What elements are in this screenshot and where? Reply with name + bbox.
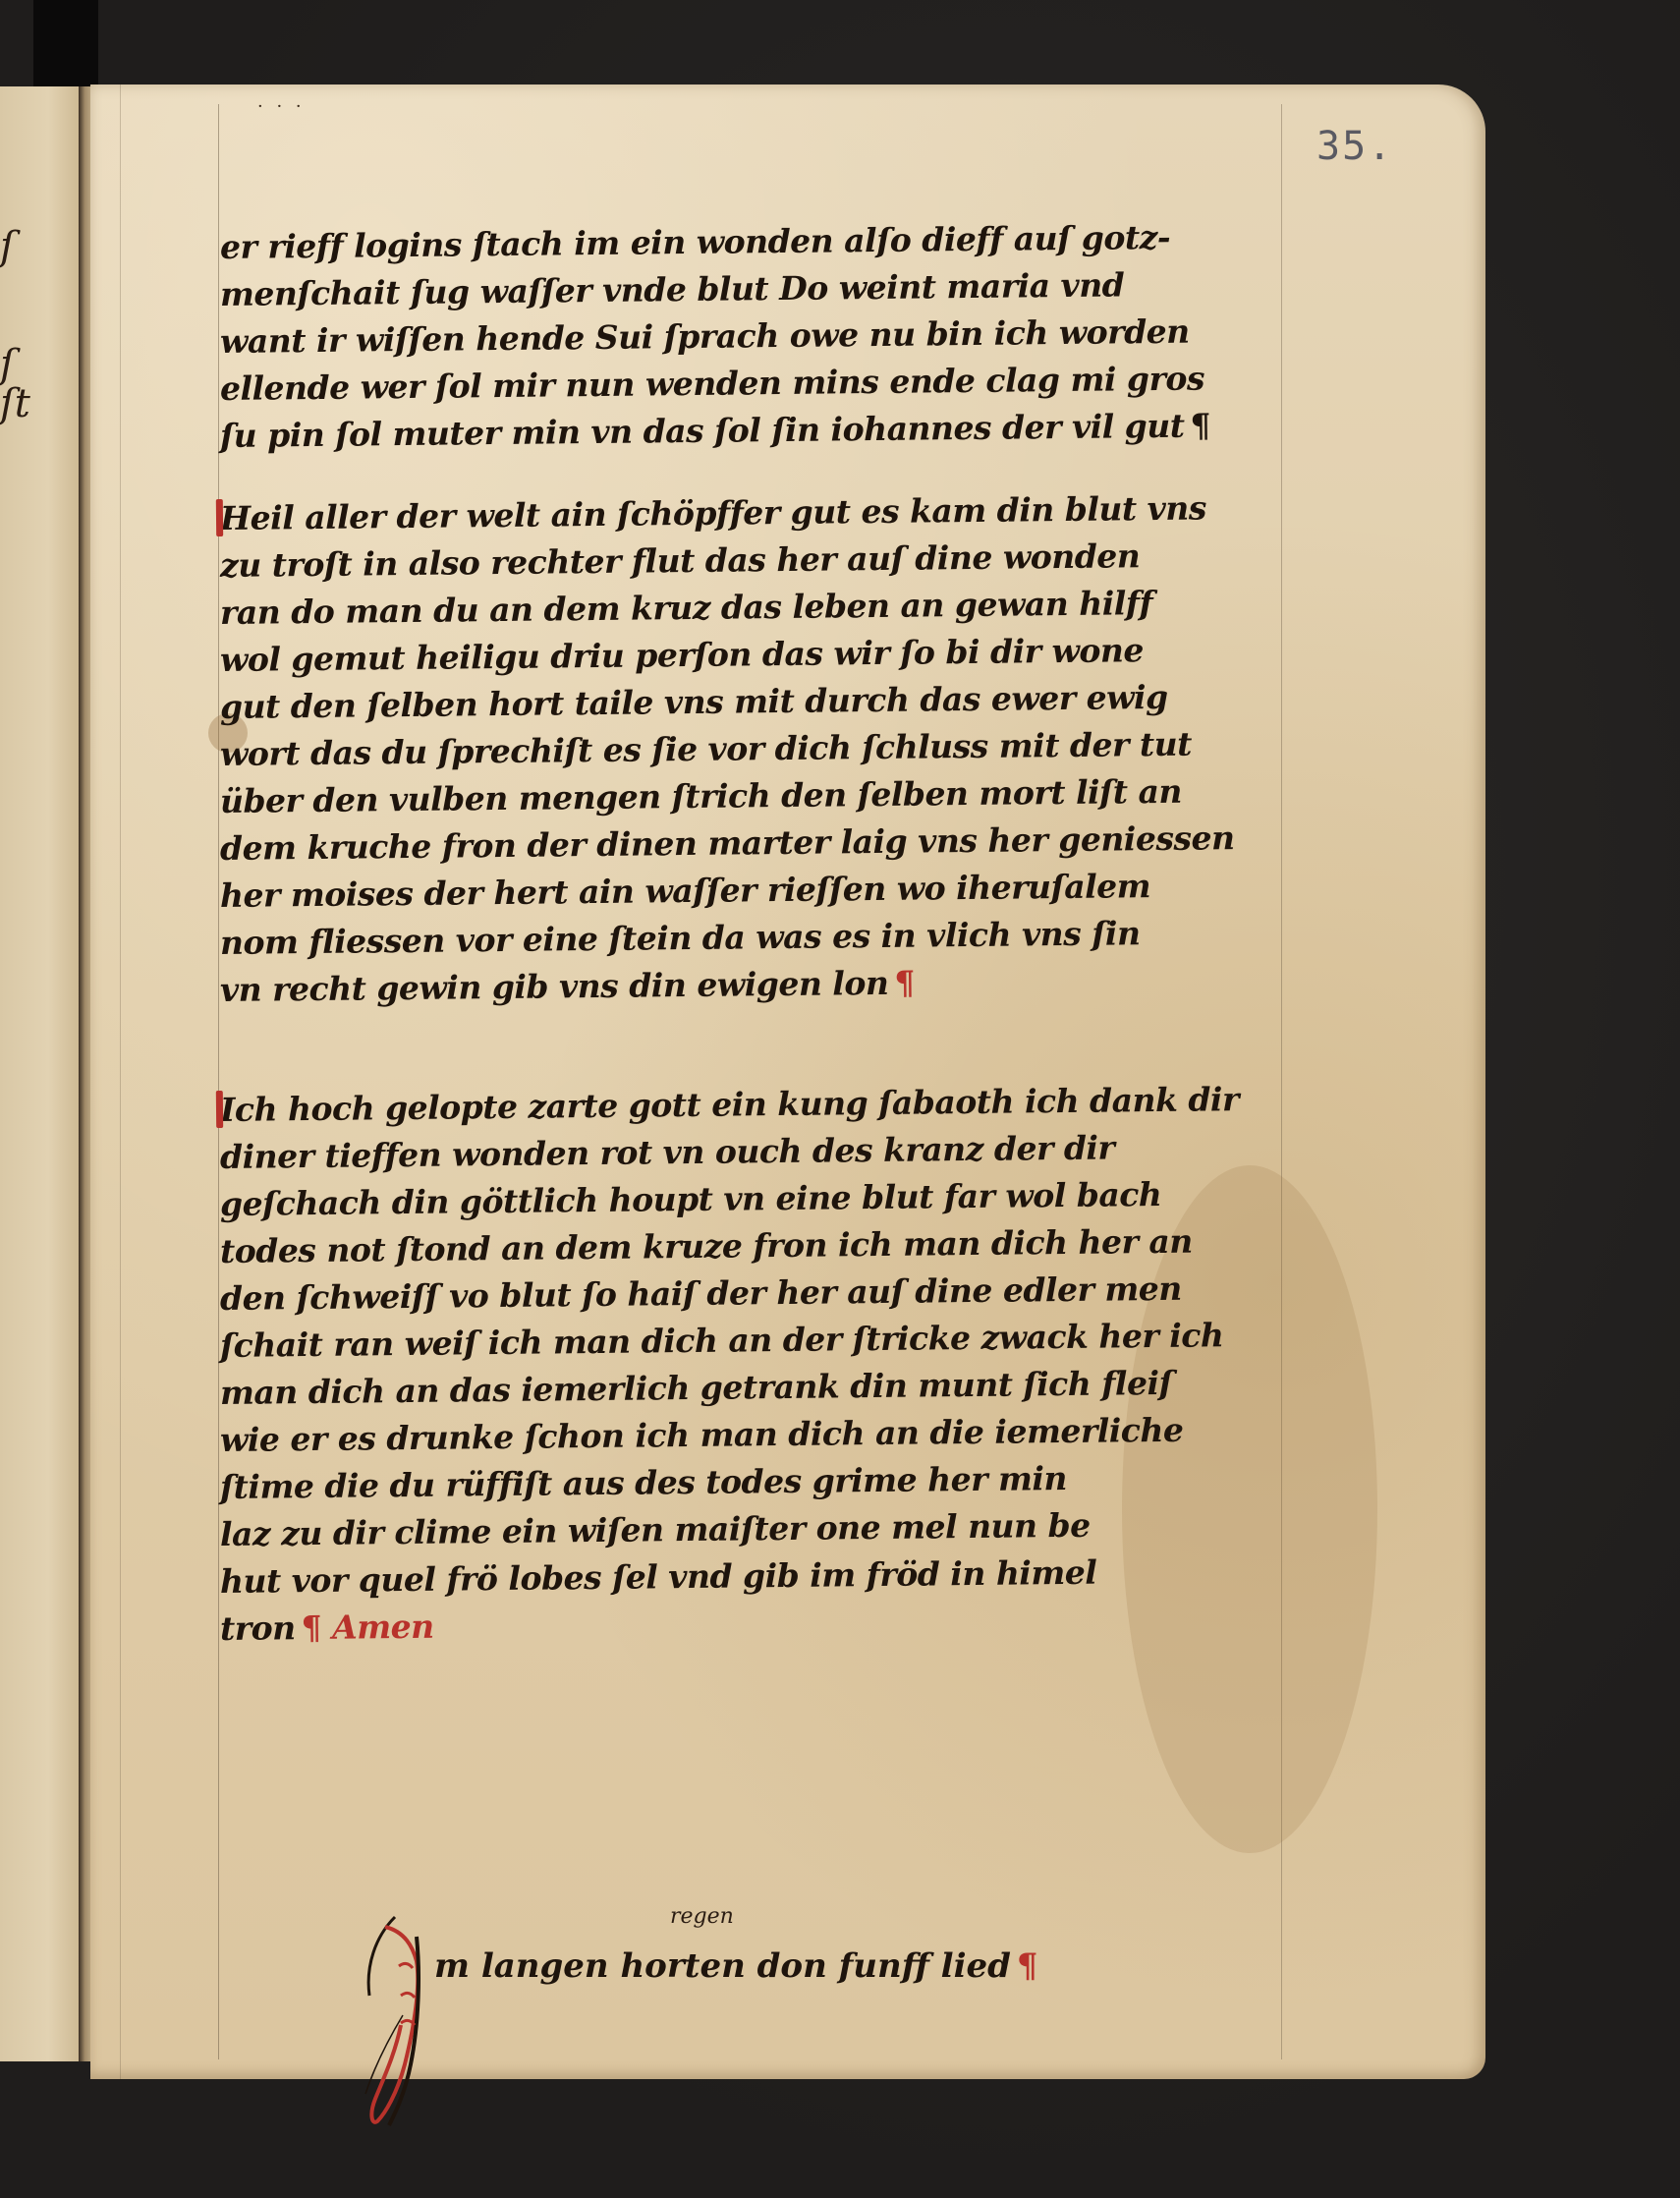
text-line-content: vn recht gewin gib vns din ewigen lon [220,964,889,1009]
text-line: ſu pin ſol muter min vn das ſol ſin ioha… [220,401,1311,460]
left-page-fragment: ſ [0,224,15,269]
folio-number: 35. [1316,124,1393,169]
paragraph-3: Ich hoch gelopte zarte gott ein kung ſab… [220,1087,1311,1653]
previous-page-edge: ſ ſ ſt [0,86,83,2061]
ruling-line [120,85,121,2079]
left-page-fragment: ſt [0,381,30,426]
ruling-line-left [218,104,219,2059]
red-stroke-icon [216,499,223,536]
text-line: tron¶ Amen [220,1594,1311,1653]
rubricated-initial: H [220,495,251,542]
paragraph-mark-red: ¶ [1017,1946,1038,1986]
rubricated-initial: I [220,1087,235,1134]
decorated-initial-icon [356,1907,444,2133]
paragraph-1: er rieff logins ſtach im ein wonden alſo… [220,224,1311,460]
text-line-content: tron [220,1608,296,1648]
text-line-content: eil aller der welt ain ſchöpffer gut es … [250,488,1206,536]
paragraph-mark-red: ¶ [301,1608,321,1647]
paragraph-mark-red: ¶ [894,964,915,1002]
text-line-content: ch hoch gelopte zarte gott ein kung ſaba… [235,1080,1239,1129]
red-stroke-icon [216,1091,223,1128]
prick-marks: · · · [257,96,306,117]
interlinear-gloss: regen [670,1904,734,1929]
manuscript-page: · · · 35. er rieff logins ſtach im ein w… [90,85,1485,2079]
text-line-content: ſu pin ſol muter min vn das ſol ſin ioha… [220,407,1185,455]
text-line: vn recht gewin gib vns din ewigen lon¶ [220,955,1311,1014]
binding-shadow [33,0,98,88]
paragraph-mark: ¶ [1190,406,1210,444]
rubric-heading: m langen horten don funff lied¶ [434,1946,1038,1986]
paragraph-2: Heil aller der welt ain ſchöpffer gut es… [220,495,1311,1014]
explicit-amen: Amen [332,1607,434,1647]
rubric-text: m langen horten don funff lied [434,1946,1011,1986]
